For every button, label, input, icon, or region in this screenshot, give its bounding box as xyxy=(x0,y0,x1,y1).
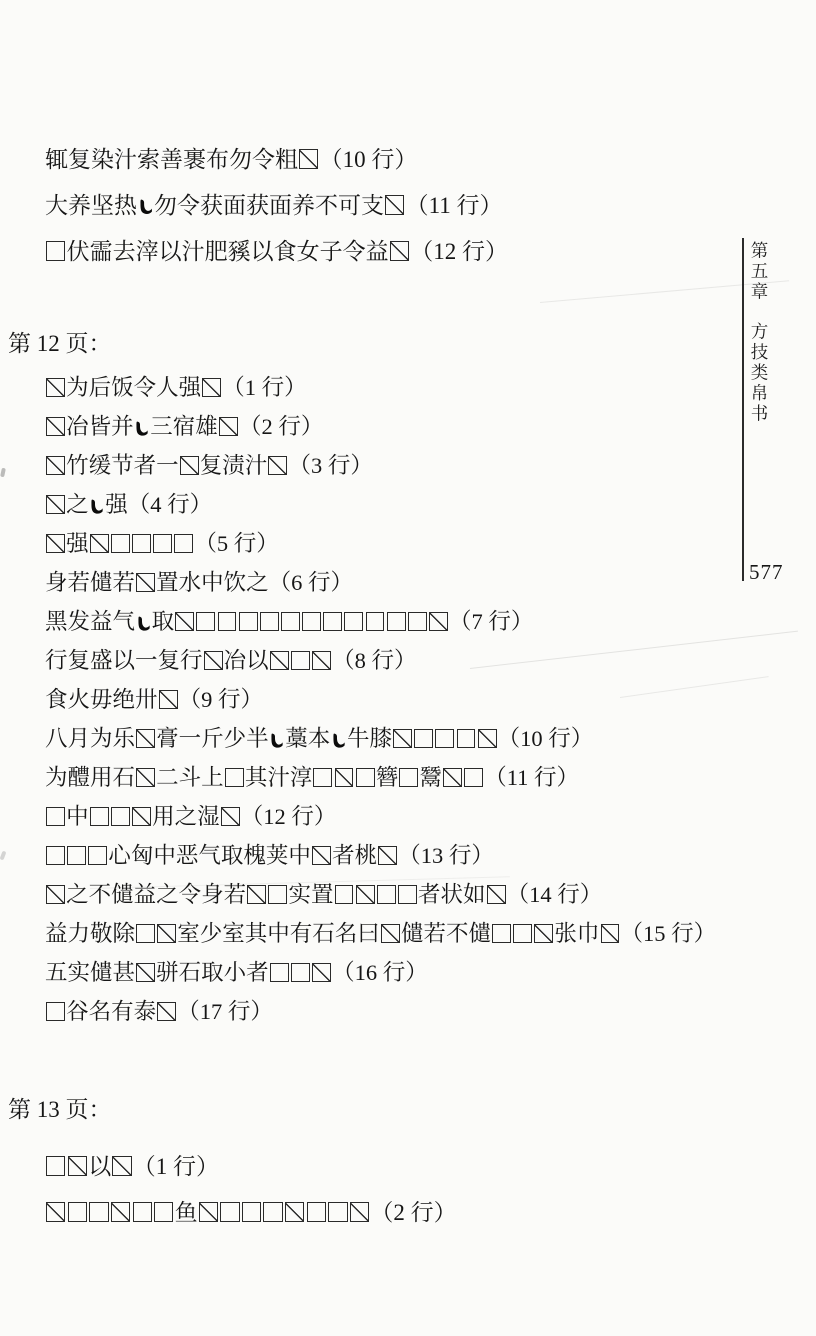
damaged-char-box xyxy=(204,651,223,670)
transcription-line: 谷名有泰（17 行） xyxy=(45,992,716,1031)
chapter-title-label: 方技类帛书 xyxy=(747,322,772,425)
missing-char-box xyxy=(323,612,342,631)
missing-char-box xyxy=(302,612,321,631)
damaged-char-box xyxy=(136,768,155,787)
damaged-char-box xyxy=(534,924,553,943)
repeat-mark-icon xyxy=(139,199,153,215)
missing-char-box xyxy=(132,534,151,553)
damaged-char-box xyxy=(285,1202,304,1221)
damaged-char-box xyxy=(46,417,65,436)
missing-char-box xyxy=(270,963,289,982)
missing-char-box xyxy=(414,729,433,748)
missing-char-box xyxy=(239,612,258,631)
damaged-char-box xyxy=(390,241,409,260)
damaged-char-box xyxy=(46,495,65,514)
damaged-char-box xyxy=(221,807,240,826)
damaged-char-box xyxy=(136,729,155,748)
missing-char-box xyxy=(46,1002,65,1021)
missing-char-box xyxy=(68,1202,87,1221)
page-number: 577 xyxy=(749,560,784,585)
missing-char-box xyxy=(366,612,385,631)
missing-char-box xyxy=(513,924,532,943)
transcription-line: 八月为乐膏一斤少半藁本牛膝（10 行） xyxy=(45,719,716,758)
missing-char-box xyxy=(196,612,215,631)
damaged-char-box xyxy=(335,768,354,787)
transcription-line: 竹缓节者一复渍汁（3 行） xyxy=(45,446,716,485)
damaged-char-box xyxy=(393,729,412,748)
transcription-line: 身若儙若置水中饮之（6 行） xyxy=(45,563,716,602)
damaged-char-box xyxy=(247,885,266,904)
damaged-char-box xyxy=(132,807,151,826)
page12-section-header: 第 12 页： xyxy=(8,332,112,356)
missing-char-box xyxy=(136,924,155,943)
missing-char-box xyxy=(457,729,476,748)
damaged-char-box xyxy=(429,612,448,631)
damaged-char-box xyxy=(136,573,155,592)
missing-char-box xyxy=(111,534,130,553)
missing-char-box xyxy=(291,651,310,670)
missing-char-box xyxy=(377,885,396,904)
damaged-char-box xyxy=(112,1156,131,1175)
missing-char-box xyxy=(46,846,65,865)
transcription-line: 冶皆并三宿雄（2 行） xyxy=(45,407,716,446)
transcription-line: 为后饭令人强（1 行） xyxy=(45,368,716,407)
damaged-char-box xyxy=(378,846,397,865)
transcription-line: 黑发益气取（7 行） xyxy=(45,602,716,641)
missing-char-box xyxy=(46,1156,65,1175)
missing-char-box xyxy=(242,1202,261,1221)
transcription-line: 之强（4 行） xyxy=(45,485,716,524)
chapter-running-head: 第五章 方技类帛书 xyxy=(747,241,772,424)
damaged-char-box xyxy=(356,885,375,904)
damaged-char-box xyxy=(385,195,404,214)
damaged-char-box xyxy=(68,1156,87,1175)
damaged-char-box xyxy=(350,1202,369,1221)
scan-speck xyxy=(0,468,6,478)
missing-char-box xyxy=(225,768,244,787)
missing-char-box xyxy=(133,1202,152,1221)
transcription-line: 强（5 行） xyxy=(45,524,716,563)
missing-char-box xyxy=(220,1202,239,1221)
damaged-char-box xyxy=(199,1202,218,1221)
transcription-line: 大养坚热勿令获面获面养不可支（11 行） xyxy=(45,183,508,229)
transcription-line: 辄复染汁索善裹布勿令粗（10 行） xyxy=(45,137,508,183)
damaged-char-box xyxy=(299,149,318,168)
missing-char-box xyxy=(281,612,300,631)
missing-char-box xyxy=(344,612,363,631)
transcription-line: 益力敬除室少室其中有石名曰儙若不儙张巾（15 行） xyxy=(45,914,716,953)
damaged-char-box xyxy=(312,651,331,670)
missing-char-box xyxy=(263,1202,282,1221)
transcription-line: 为醴用石二斗上其汁淳簪鬵（11 行） xyxy=(45,758,716,797)
page12-lines-block: 为后饭令人强（1 行） 冶皆并三宿雄（2 行） 竹缓节者一复渍汁（3 行） 之强… xyxy=(45,368,716,1031)
damaged-char-box xyxy=(46,378,65,397)
damaged-char-box xyxy=(202,378,221,397)
missing-char-box xyxy=(492,924,511,943)
damaged-char-box xyxy=(312,846,331,865)
page13-lines-block: 以（1 行） 鱼（2 行） xyxy=(45,1144,457,1236)
chapter-sidebar-rule xyxy=(742,238,744,581)
missing-char-box xyxy=(46,241,65,260)
missing-char-box xyxy=(67,846,86,865)
page13-section-header: 第 13 页： xyxy=(8,1098,112,1122)
damaged-char-box xyxy=(175,612,194,631)
scan-speck xyxy=(0,851,6,861)
damaged-char-box xyxy=(46,1202,65,1221)
damaged-char-box xyxy=(487,885,506,904)
missing-char-box xyxy=(313,768,332,787)
repeat-mark-icon xyxy=(332,733,346,748)
missing-char-box xyxy=(218,612,237,631)
damaged-char-box xyxy=(180,456,199,475)
missing-char-box xyxy=(335,885,354,904)
damaged-char-box xyxy=(601,924,620,943)
missing-char-box xyxy=(464,768,483,787)
missing-char-box xyxy=(398,885,417,904)
transcription-line: 之不儙益之令身若实置者状如（14 行） xyxy=(45,875,716,914)
missing-char-box xyxy=(387,612,406,631)
damaged-char-box xyxy=(157,1002,176,1021)
damaged-char-box xyxy=(268,456,287,475)
missing-char-box xyxy=(408,612,427,631)
missing-char-box xyxy=(154,1202,173,1221)
missing-char-box xyxy=(88,846,107,865)
damaged-char-box xyxy=(270,651,289,670)
damaged-char-box xyxy=(157,924,176,943)
repeat-mark-icon xyxy=(135,421,149,436)
missing-char-box xyxy=(89,1202,108,1221)
damaged-char-box xyxy=(312,963,331,982)
missing-char-box xyxy=(435,729,454,748)
damaged-char-box xyxy=(90,534,109,553)
transcription-line: 食火毋绝卅（9 行） xyxy=(45,680,716,719)
missing-char-box xyxy=(111,807,130,826)
missing-char-box xyxy=(328,1202,347,1221)
page11-continued-block: 辄复染汁索善裹布勿令粗（10 行） 大养坚热勿令获面获面养不可支（11 行） 伏… xyxy=(45,137,508,275)
missing-char-box xyxy=(356,768,375,787)
missing-char-box xyxy=(260,612,279,631)
missing-char-box xyxy=(307,1202,326,1221)
transcription-line: 五实儙甚骈石取小者（16 行） xyxy=(45,953,716,992)
transcription-line: 行复盛以一复行冶以（8 行） xyxy=(45,641,716,680)
missing-char-box xyxy=(291,963,310,982)
damaged-char-box xyxy=(443,768,462,787)
missing-char-box xyxy=(174,534,193,553)
repeat-mark-icon xyxy=(270,733,284,748)
damaged-char-box xyxy=(46,534,65,553)
damaged-char-box xyxy=(46,456,65,475)
book-page-scan: 辄复染汁索善裹布勿令粗（10 行） 大养坚热勿令获面获面养不可支（11 行） 伏… xyxy=(0,0,816,1336)
missing-char-box xyxy=(90,807,109,826)
damaged-char-box xyxy=(381,924,400,943)
damaged-char-box xyxy=(111,1202,130,1221)
transcription-line: 心匈中恶气取槐荚中者桃（13 行） xyxy=(45,836,716,875)
damaged-char-box xyxy=(219,417,238,436)
transcription-line: 中用之湿（12 行） xyxy=(45,797,716,836)
repeat-mark-icon xyxy=(90,499,104,514)
missing-char-box xyxy=(46,807,65,826)
missing-char-box xyxy=(268,885,287,904)
repeat-mark-icon xyxy=(137,616,151,631)
damaged-char-box xyxy=(46,885,65,904)
transcription-line: 以（1 行） xyxy=(45,1144,457,1190)
transcription-line: 鱼（2 行） xyxy=(45,1190,457,1236)
missing-char-box xyxy=(153,534,172,553)
damaged-char-box xyxy=(478,729,497,748)
damaged-char-box xyxy=(159,690,178,709)
transcription-line: 伏霝去滓以汁肥豯以食女子令益（12 行） xyxy=(45,229,508,275)
missing-char-box xyxy=(399,768,418,787)
chapter-number-label: 第五章 xyxy=(747,241,772,303)
damaged-char-box xyxy=(136,963,155,982)
